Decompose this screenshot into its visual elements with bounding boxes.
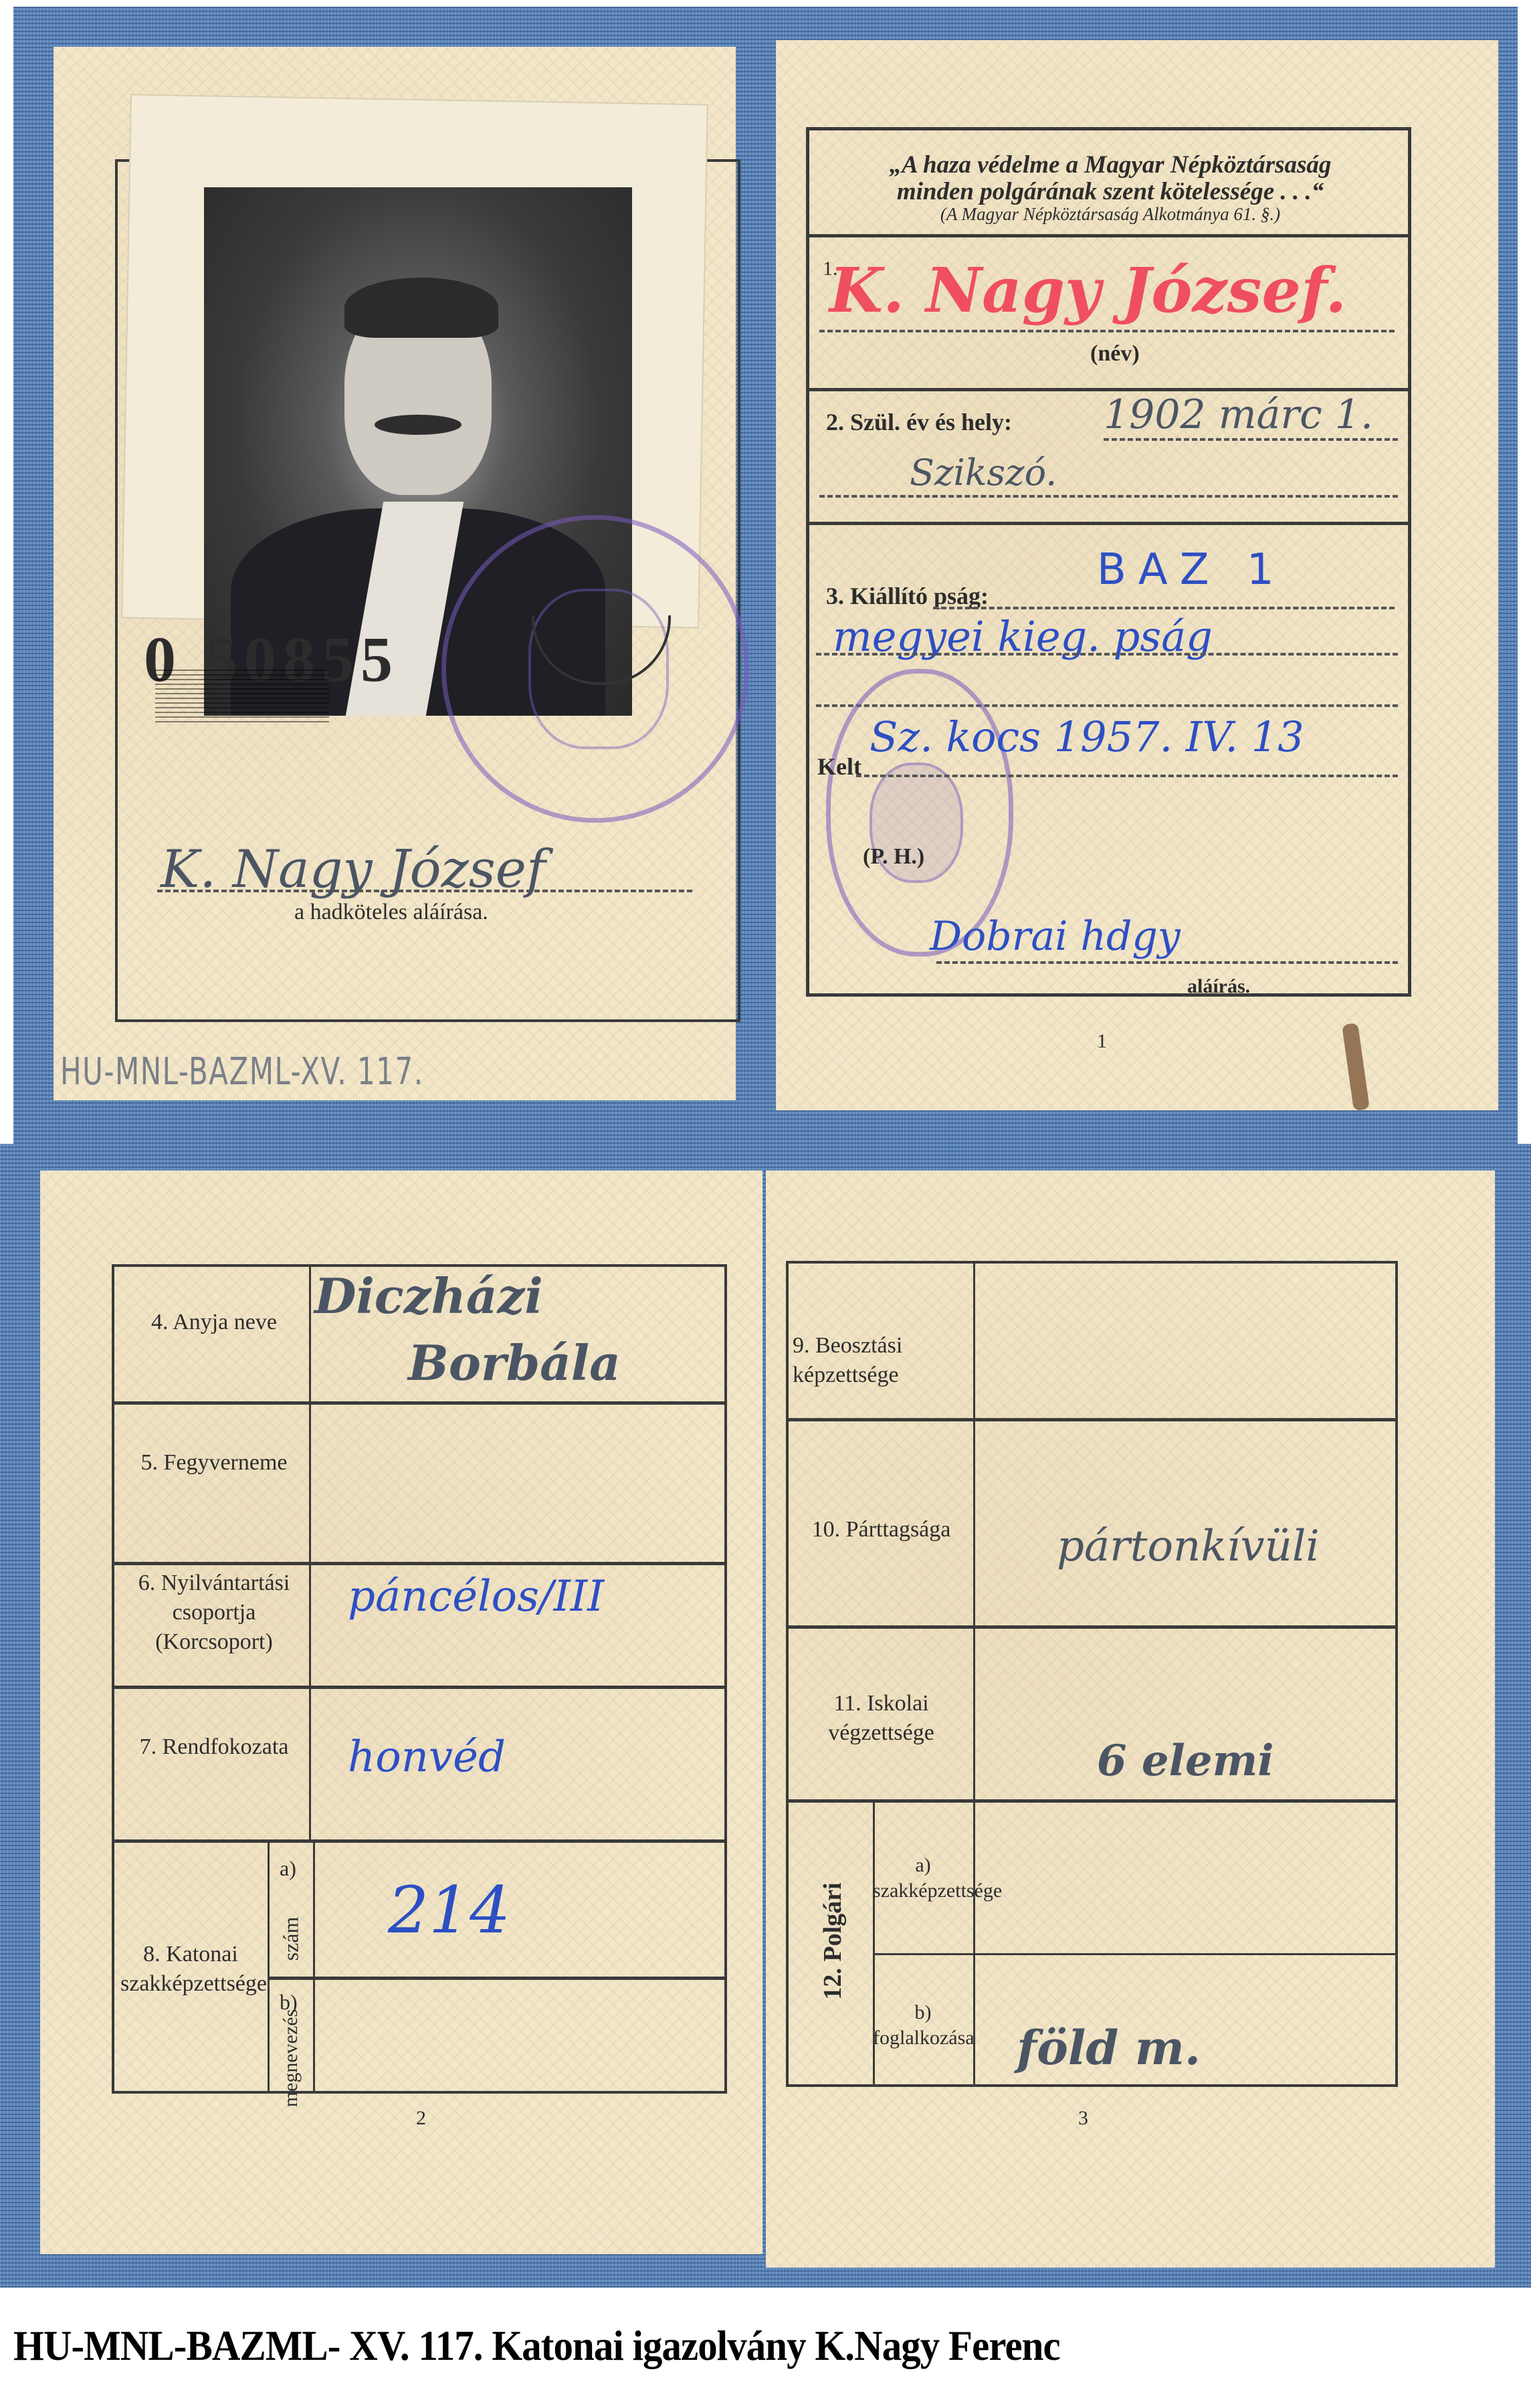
row8a-sublabel: szám [279, 1912, 304, 1966]
page1-rule-1 [806, 234, 1411, 237]
page3-row-rule-2 [786, 1625, 1398, 1629]
birth-label: 2. Szül. év és hely: [826, 408, 1012, 436]
portrait-hair [344, 278, 498, 338]
row12a-label: a) szakképzettsége [873, 1853, 973, 1904]
birth-line-2 [819, 495, 1398, 498]
official-signature: Dobrai hdgy [930, 913, 1181, 960]
page-number-2: 2 [416, 2107, 426, 2130]
motto-source: (A Magyar Népköztársaság Alkotmánya 61. … [819, 204, 1401, 225]
page1-rule-3 [806, 522, 1411, 525]
rank-value: honvéd [348, 1732, 506, 1782]
page2-row8-split [268, 1977, 727, 1980]
motto-line-1: „A haza védelme a Magyar Népköztársaság [819, 150, 1401, 179]
row8b-sublabel: megnevezés [280, 2005, 302, 2112]
page3-row12-split [873, 1953, 1398, 1955]
page2-row-rule-4 [112, 1839, 727, 1843]
official-signature-line [936, 961, 1398, 964]
archive-caption: HU-MNL-BAZML- XV. 117. Katonai igazolván… [13, 2321, 1060, 2371]
issuer-line-1 [933, 607, 1395, 609]
issue-date: Sz. kocs 1957. IV. 13 [870, 712, 1304, 761]
occupation-value: föld m. [1017, 2020, 1201, 2076]
row8-label: 8. Katonai szakképzettsége [120, 1940, 261, 1999]
page2-row8-col2 [313, 1839, 315, 2094]
military-qualification-number: 214 [388, 1873, 510, 1948]
row8a-letter: a) [280, 1856, 296, 1881]
motto-line-2: minden polgárának szent kötelessége . . … [819, 177, 1401, 206]
serial-shading [155, 669, 329, 722]
name-caption: (név) [1090, 341, 1140, 367]
page3-col-divider [973, 1261, 975, 2087]
row10-label: 10. Párttagsága [796, 1515, 966, 1544]
row5-label: 5. Fegyverneme [140, 1448, 288, 1478]
date-label: Kelt [817, 752, 861, 781]
issuer-value-line-1: BAZ 1 [1097, 545, 1286, 595]
page2-row8-col1 [268, 1839, 270, 2094]
signature-label: aláírás. [1187, 975, 1250, 998]
row12-label: 12. Polgári [818, 1854, 847, 2028]
education-value: 6 elemi [1097, 1736, 1274, 1786]
row9-label: 9. Beosztási képzettsége [793, 1331, 970, 1390]
birth-line-1 [1104, 438, 1398, 441]
holder-name: K. Nagy József. [829, 254, 1346, 326]
page2-row-rule-2 [112, 1562, 727, 1565]
birth-value-line-1: 1902 márc 1. [1104, 391, 1373, 438]
row6-label: 6. Nyilvántartási csoportja (Korcsoport) [127, 1569, 301, 1657]
signature-line [157, 890, 692, 892]
archive-mark: HU-MNL-BAZML-XV. 117. [60, 1050, 424, 1094]
issuer-label: 3. Kiállító pság: [826, 582, 989, 610]
date-line [856, 775, 1398, 777]
row4-label: 4. Anyja neve [140, 1308, 288, 1337]
row11-label: 11. Iskolai végzettsége [793, 1689, 970, 1748]
page-number-1: 1 [1097, 1030, 1107, 1053]
registration-group-value: páncélos/III [348, 1572, 604, 1621]
party-membership-value: pártonkívüli [1057, 1522, 1320, 1571]
page2-row-rule-3 [112, 1686, 727, 1689]
signature-caption: a hadköteles aláírása. [294, 900, 488, 925]
name-line [819, 330, 1395, 332]
page3-row-rule-3 [786, 1799, 1398, 1803]
mother-name-line-2: Borbála [408, 1334, 621, 1391]
birth-value-line-2: Szikszó. [910, 451, 1057, 494]
page-number-3: 3 [1078, 2107, 1088, 2130]
mother-name-line-1: Diczházi [314, 1268, 543, 1324]
issuer-line-2 [816, 653, 1398, 656]
page2-row-rule-1 [112, 1401, 727, 1405]
row12b-label: b) foglalkozása [873, 2000, 973, 2051]
portrait-mustache [375, 415, 462, 435]
row7-label: 7. Rendfokozata [134, 1732, 294, 1762]
page2-col-divider [309, 1264, 311, 1839]
seal-label: (P. H.) [863, 844, 924, 870]
page3-row-rule-1 [786, 1418, 1398, 1421]
